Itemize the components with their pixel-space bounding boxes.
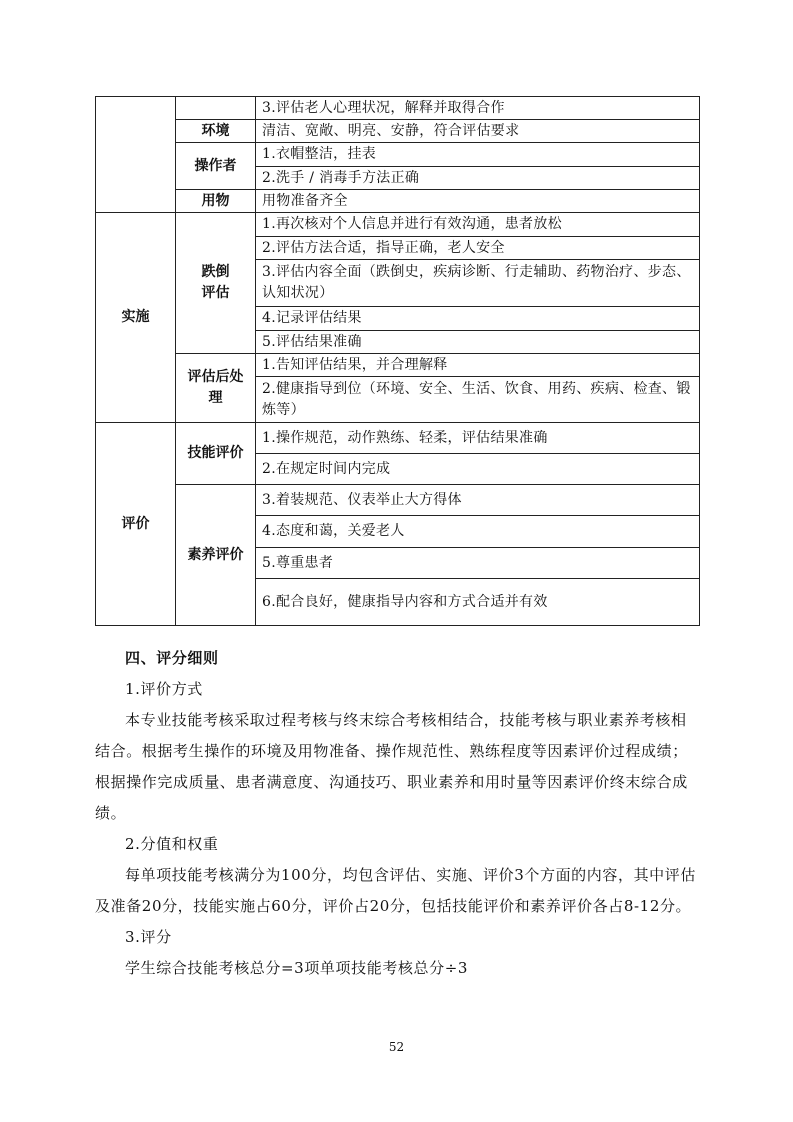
category-cell-implementation: 实施	[96, 213, 176, 423]
criterion-cell: 1.衣帽整洁，挂表	[256, 143, 700, 167]
scoring-formula: 学生综合技能考核总分=3项单项技能考核总分÷3	[95, 953, 699, 984]
criterion-cell: 用物准备齐全	[256, 190, 700, 213]
section-heading: 四、评分细则	[95, 643, 699, 674]
subcategory-label-line: 评估	[182, 283, 249, 304]
category-cell-evaluation: 评价	[96, 423, 176, 626]
criterion-cell: 2.健康指导到位（环境、安全、生活、饮食、用药、疾病、检查、锻炼等）	[256, 377, 700, 423]
table-row: 用物 用物准备齐全	[96, 190, 700, 213]
table-row: 评估后处理 1.告知评估结果，并合理解释	[96, 354, 700, 377]
table-row: 评价 技能评价 1.操作规范，动作熟练、轻柔，评估结果准确	[96, 423, 700, 454]
category-cell-prep-continued	[96, 97, 176, 213]
paragraph-score-weight: 每单项技能考核满分为100分，均包含评估、实施、评价3个方面的内容，其中评估及准…	[95, 860, 699, 922]
criterion-cell: 6.配合良好，健康指导内容和方式合适并有效	[256, 579, 700, 626]
table-row: 环境 清洁、宽敞、明亮、安静，符合评估要求	[96, 120, 700, 143]
criterion-cell: 1.操作规范，动作熟练、轻柔，评估结果准确	[256, 423, 700, 454]
criterion-cell: 3.评估内容全面（跌倒史，疾病诊断、行走辅助、药物治疗、步态、认知状况）	[256, 260, 700, 307]
criterion-cell: 5.尊重患者	[256, 548, 700, 579]
table-row: 实施 跌倒 评估 1.再次核对个人信息并进行有效沟通，患者放松	[96, 213, 700, 237]
criterion-cell: 2.在规定时间内完成	[256, 454, 700, 485]
scoring-rules-section: 四、评分细则 1.评价方式 本专业技能考核采取过程考核与终末综合考核相结合，技能…	[95, 643, 699, 984]
criterion-cell: 5.评估结果准确	[256, 331, 700, 354]
criterion-cell: 3.着装规范、仪表举止大方得体	[256, 485, 700, 516]
page-number: 52	[0, 1040, 793, 1054]
scoring-rubric-table: 3.评估老人心理状况，解释并取得合作 环境 清洁、宽敞、明亮、安静，符合评估要求…	[95, 96, 700, 626]
paragraph-evaluation-method: 本专业技能考核采取过程考核与终末综合考核相结合，技能考核与职业素养考核相结合。根…	[95, 705, 699, 829]
subcategory-cell-empty	[176, 97, 256, 120]
subcategory-label-line: 跌倒	[182, 262, 249, 283]
subsection-title-score-weight: 2.分值和权重	[95, 829, 699, 860]
criterion-cell: 2.洗手 / 消毒手方法正确	[256, 167, 700, 190]
criterion-cell: 3.评估老人心理状况，解释并取得合作	[256, 97, 700, 120]
table-row: 素养评价 3.着装规范、仪表举止大方得体	[96, 485, 700, 516]
subcategory-cell-supplies: 用物	[176, 190, 256, 213]
subcategory-cell-literacy-evaluation: 素养评价	[176, 485, 256, 626]
criterion-cell: 4.记录评估结果	[256, 307, 700, 331]
subcategory-cell-environment: 环境	[176, 120, 256, 143]
criterion-cell: 2.评估方法合适，指导正确，老人安全	[256, 237, 700, 260]
table-row: 3.评估老人心理状况，解释并取得合作	[96, 97, 700, 120]
criterion-cell: 清洁、宽敞、明亮、安静，符合评估要求	[256, 120, 700, 143]
criterion-cell: 1.再次核对个人信息并进行有效沟通，患者放松	[256, 213, 700, 237]
subcategory-cell-fall-assessment: 跌倒 评估	[176, 213, 256, 354]
criterion-cell: 1.告知评估结果，并合理解释	[256, 354, 700, 377]
subsection-title-evaluation-method: 1.评价方式	[95, 674, 699, 705]
table-row: 操作者 1.衣帽整洁，挂表	[96, 143, 700, 167]
subsection-title-scoring: 3.评分	[95, 922, 699, 953]
criterion-cell: 4.态度和蔼，关爱老人	[256, 516, 700, 548]
subcategory-cell-post-assessment: 评估后处理	[176, 354, 256, 423]
subcategory-cell-operator: 操作者	[176, 143, 256, 190]
subcategory-cell-skill-evaluation: 技能评价	[176, 423, 256, 485]
